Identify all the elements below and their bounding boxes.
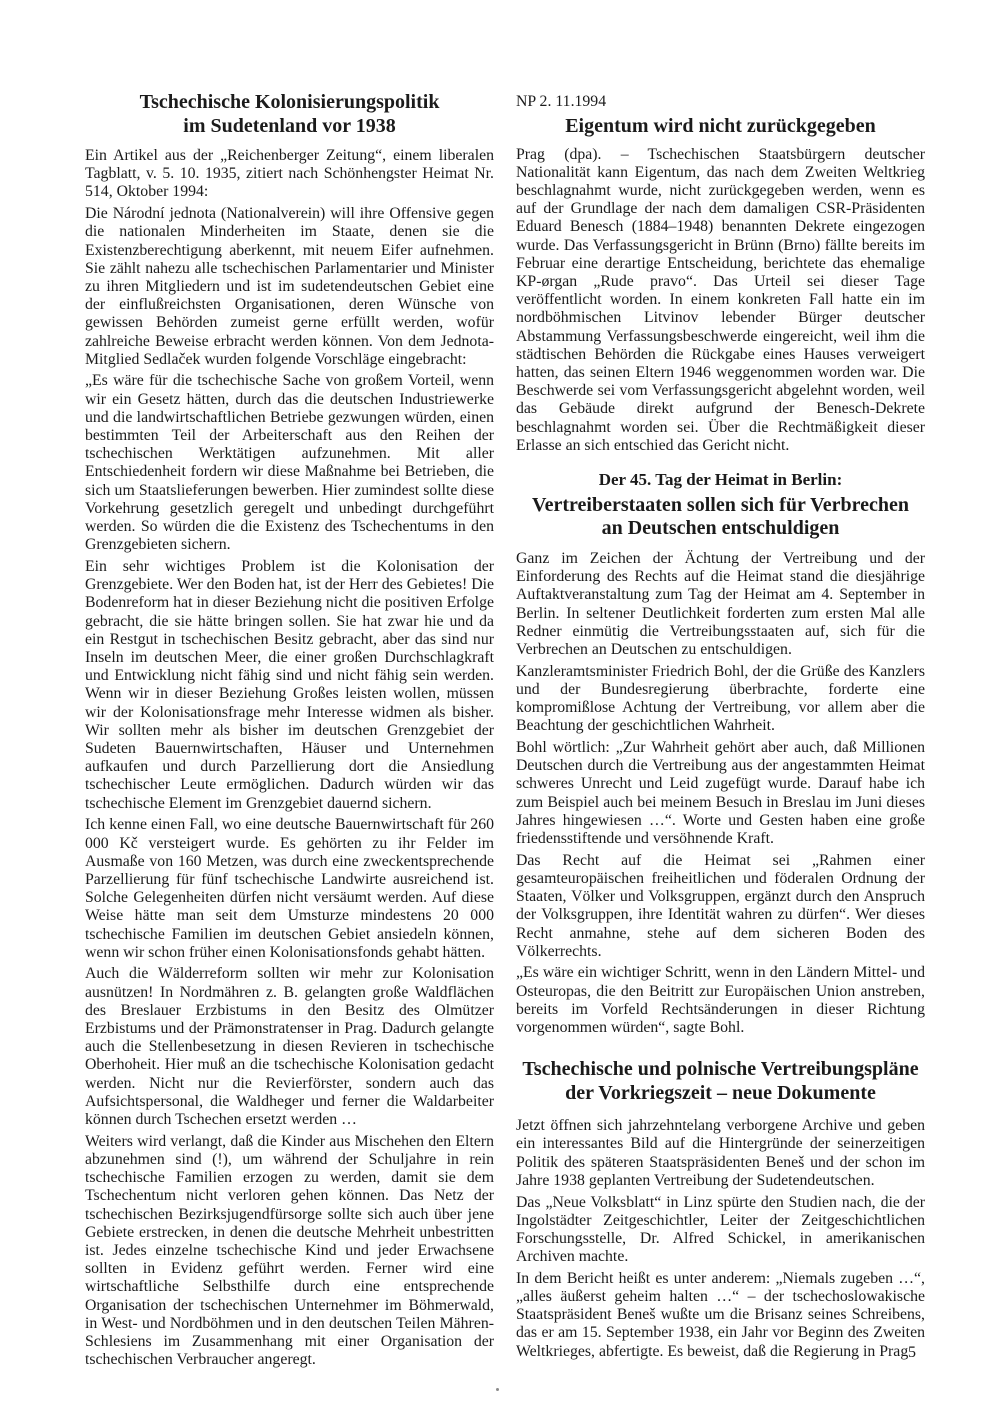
paragraph: Ganz im Zeichen der Ächtung der Vertreib… bbox=[516, 550, 925, 659]
article-vertreibungsplaene: Tschechische und polnische Vertreibungsp… bbox=[516, 1058, 925, 1361]
page-number: 5 bbox=[908, 1344, 916, 1362]
paragraph: Auch die Wälderreform sollten wir mehr z… bbox=[85, 965, 494, 1129]
title-line-2: der Vorkriegszeit – neue Dokumente bbox=[516, 1082, 925, 1106]
paragraph: „Es wäre für die tschechische Sache von … bbox=[85, 372, 494, 554]
paragraph: Die Národní jednota (Nationalverein) wil… bbox=[85, 205, 494, 369]
paragraph: Das Recht auf die Heimat sei „Rahmen ein… bbox=[516, 852, 925, 961]
paragraph: Bohl wörtlich: „Zur Wahrheit gehört aber… bbox=[516, 739, 925, 848]
paragraph: Jetzt öffnen sich jahrzehntelang verborg… bbox=[516, 1117, 925, 1190]
paragraph: Ich kenne einen Fall, wo eine deutsche B… bbox=[85, 816, 494, 962]
article-kicker: Der 45. Tag der Heimat in Berlin: bbox=[516, 470, 925, 490]
article-title-kolonisierungspolitik: Tschechische Kolonisierungspolitik im Su… bbox=[85, 91, 494, 138]
article-title-dokumente: Tschechische und polnische Vertreibungsp… bbox=[516, 1058, 925, 1105]
paragraph: Kanzleramtsminister Friedrich Bohl, der … bbox=[516, 663, 925, 736]
title-line-1: Tschechische Kolonisierungspolitik bbox=[85, 91, 494, 115]
scanned-newspaper-page: Tschechische Kolonisierungspolitik im Su… bbox=[0, 0, 1000, 1412]
article-title-eigentum: Eigentum wird nicht zurückgegeben bbox=[516, 115, 925, 139]
two-column-layout: Tschechische Kolonisierungspolitik im Su… bbox=[85, 91, 925, 1373]
paragraph: In dem Bericht heißt es unter anderem: „… bbox=[516, 1270, 925, 1361]
paragraph: Ein Artikel aus der „Reichenberger Zeitu… bbox=[85, 147, 494, 202]
paragraph: „Es wäre ein wichtiger Schritt, wenn in … bbox=[516, 964, 925, 1037]
article-title-vertreiberstaaten: Vertreiberstaaten sollen sich für Verbre… bbox=[516, 494, 925, 541]
title-line-2: an Deutschen entschuldigen bbox=[516, 517, 925, 541]
scan-artifact-dot bbox=[496, 1388, 499, 1391]
title-line-2: im Sudetenland vor 1938 bbox=[85, 115, 494, 139]
paragraph: Prag (dpa). – Tschechischen Staatsbürger… bbox=[516, 146, 925, 455]
paragraph: Weiters wird verlangt, daß die Kinder au… bbox=[85, 1133, 494, 1370]
title-line-1: Vertreiberstaaten sollen sich für Verbre… bbox=[516, 494, 925, 518]
right-column: NP 2. 11.1994 Eigentum wird nicht zurück… bbox=[516, 91, 925, 1373]
left-column: Tschechische Kolonisierungspolitik im Su… bbox=[85, 91, 494, 1373]
paragraph: Ein sehr wichtiges Problem ist die Kolon… bbox=[85, 558, 494, 813]
title-line-1: Tschechische und polnische Vertreibungsp… bbox=[516, 1058, 925, 1082]
paragraph: Das „Neue Volksblatt“ in Linz spürte den… bbox=[516, 1194, 925, 1267]
dateline: NP 2. 11.1994 bbox=[516, 93, 925, 111]
article-tag-der-heimat: Der 45. Tag der Heimat in Berlin: Vertre… bbox=[516, 470, 925, 1037]
